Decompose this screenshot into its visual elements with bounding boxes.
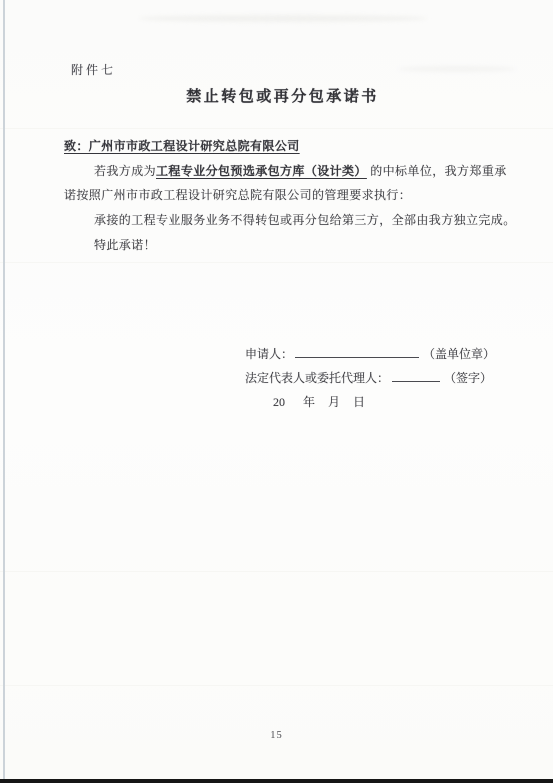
no-subcontract-paragraph: 承接的工程专业服务业务不得转包或再分包给第三方，全部由我方独立完成。	[64, 208, 494, 233]
applicant-fill-line	[295, 346, 419, 358]
closing-text: 特此承诺！	[94, 238, 156, 252]
scan-artifact-smudge	[138, 15, 428, 22]
commitment-paragraph-line-2: 诺按照广州市市政工程设计研究总院有限公司的管理要求执行：	[64, 183, 494, 208]
legal-representative-label: 法定代表人或委托代理人：	[245, 371, 389, 385]
applicant-label: 申请人：	[245, 347, 293, 361]
page-left-edge-scan-line	[3, 0, 5, 779]
date-row: 20年月日	[245, 390, 495, 414]
document-body: 致：广州市市政工程设计研究总院有限公司 若我方成为工程专业分包预选承包方库（设计…	[64, 134, 494, 258]
page-bottom-scan-bar	[0, 779, 553, 783]
date-day-unit: 日	[353, 395, 365, 409]
legal-representative-row: 法定代表人或委托代理人：（签字）	[245, 366, 495, 390]
paragraph-tail-text: 的中标单位，我方郑重承	[367, 164, 507, 178]
scan-artifact-line	[0, 571, 553, 572]
date-month-unit: 月	[328, 395, 340, 409]
document-title: 禁止转包或再分包承诺书	[12, 85, 553, 106]
page-number: 15	[0, 730, 553, 741]
applicant-seal-note: （盖单位章）	[423, 347, 495, 361]
legal-representative-fill-line	[392, 370, 440, 382]
signature-block: 申请人：（盖单位章） 法定代表人或委托代理人：（签字） 20年月日	[245, 342, 495, 414]
scan-artifact-smudge	[398, 66, 516, 72]
no-subcontract-text: 承接的工程专业服务业务不得转包或再分包给第三方，全部由我方独立完成。	[94, 213, 516, 227]
scan-artifact-line	[0, 262, 553, 263]
date-year-prefix: 20	[273, 395, 285, 409]
attachment-label: 附件七	[71, 61, 116, 78]
commitment-paragraph-line-1: 若我方成为工程专业分包预选承包方库（设计类） 的中标单位，我方郑重承	[64, 159, 494, 184]
addressee-text: 致：广州市市政工程设计研究总院有限公司	[64, 139, 300, 153]
paragraph-lead-text: 若我方成为	[94, 164, 156, 178]
signature-note: （签字）	[444, 371, 492, 385]
date-year-unit: 年	[303, 395, 315, 409]
pool-name-highlight: 工程专业分包预选承包方库（设计类）	[156, 164, 367, 178]
paragraph-continuation-text: 诺按照广州市市政工程设计研究总院有限公司的管理要求执行：	[64, 188, 411, 202]
applicant-row: 申请人：（盖单位章）	[245, 342, 495, 366]
scan-artifact-line	[0, 128, 553, 129]
scan-artifact-line	[0, 685, 553, 686]
addressee-line: 致：广州市市政工程设计研究总院有限公司	[64, 134, 494, 159]
closing-paragraph: 特此承诺！	[64, 233, 494, 258]
scanned-document-page: 附件七 禁止转包或再分包承诺书 致：广州市市政工程设计研究总院有限公司 若我方成…	[0, 0, 553, 783]
